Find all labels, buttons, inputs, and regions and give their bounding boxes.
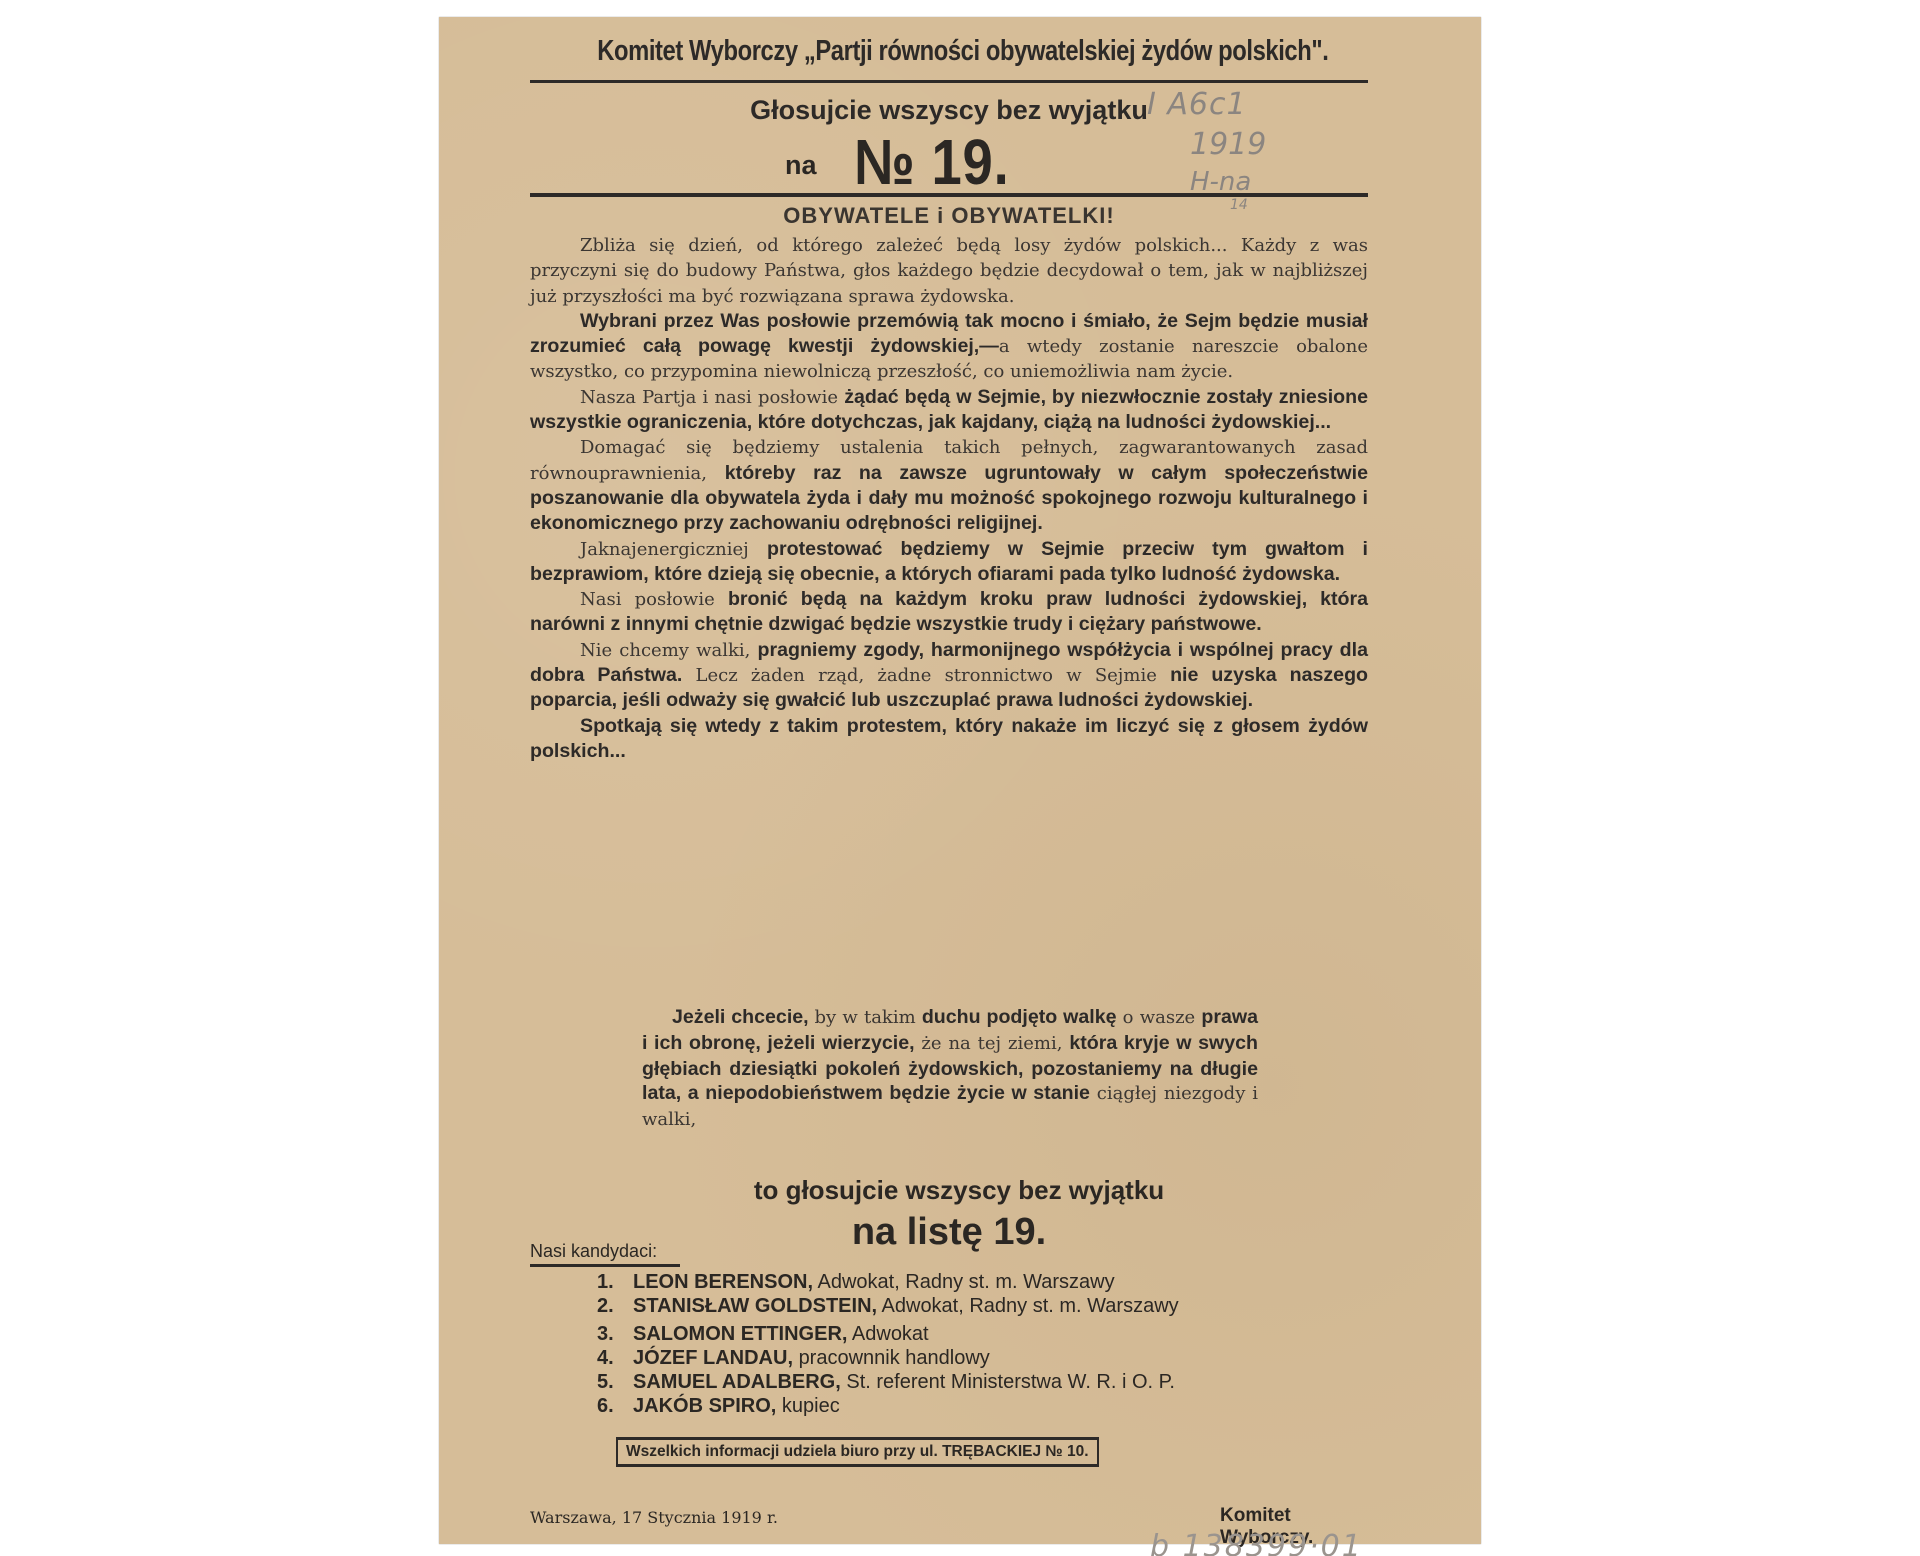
candidate-item: 6.JAKÓB SPIRO, kupiec [597,1394,1297,1418]
catalog-year-annotation: 1919 [1190,127,1266,162]
poster-sheet: Komitet Wyborczy „Partji równości obywat… [439,17,1481,1544]
header-rule [530,80,1368,83]
candidate-name: JÓZEF LANDAU, [633,1347,793,1369]
candidate-index: 2. [597,1294,633,1318]
candidate-item: 3.SALOMON ETTINGER, Adwokat [597,1322,1297,1346]
candidates-underline [530,1264,680,1267]
inventory-number-annotation: b 138399·01 [1150,1529,1363,1556]
header-title: Komitet Wyborczy „Partji równości obywat… [597,35,1301,68]
paragraph-7: Nie chcemy walki, pragniemy zgody, harmo… [530,638,1368,714]
na-label: na [785,150,817,181]
paragraph-5: Jaknajenergiczniej protestować będziemy … [530,537,1368,588]
catalog-code-annotation: H-na [1190,167,1251,197]
place-date: Warszawa, 17 Stycznia 1919 r. [530,1508,778,1527]
candidate-item: 1.LEON BERENSON, Adwokat, Radny st. m. W… [597,1270,1297,1294]
paragraph-3: Nasza Partja i nasi posłowie żądać będą … [530,385,1368,436]
catalog-page-annotation: 14 [1230,197,1248,213]
candidate-name: SALOMON ETTINGER, [633,1323,847,1345]
candidate-role: St. referent Ministerstwa W. R. i O. P. [846,1371,1175,1393]
candidate-role: Adwokat, Radny st. m. Warszawy [882,1295,1179,1317]
candidate-name: SAMUEL ADALBERG, [633,1371,841,1393]
conditional-paragraph: Jeżeli chcecie, by w takim duchu podjęto… [642,1005,1258,1133]
body-text: Zbliża się dzień, od którego zależeć będ… [530,233,1368,764]
vote-call: to głosujcie wszyscy bez wyjątku [540,1175,1378,1206]
paragraph-1: Zbliża się dzień, od którego zależeć będ… [530,233,1368,309]
candidate-item: 5.SAMUEL ADALBERG, St. referent Minister… [597,1370,1297,1394]
candidate-name: JAKÓB SPIRO, [633,1395,776,1417]
candidate-index: 3. [597,1322,633,1346]
candidate-item: 4.JÓZEF LANDAU, pracownnik handlowy [597,1346,1297,1370]
paragraph-2: Wybrani przez Was posłowie przemówią tak… [530,309,1368,385]
candidate-index: 5. [597,1370,633,1394]
paragraph-8: Spotkają się wtedy z takim protestem, kt… [530,714,1368,765]
catalog-annotation: I A6c1 [1147,87,1247,122]
candidate-role: Adwokat, Radny st. m. Warszawy [817,1271,1114,1293]
candidate-index: 1. [597,1270,633,1294]
candidates-label: Nasi kandydaci: [530,1241,657,1262]
candidate-name: STANISŁAW GOLDSTEIN, [633,1295,877,1317]
paragraph-4: Domagać się będziemy ustalenia takich pe… [530,435,1368,536]
candidate-role: kupiec [782,1395,840,1417]
candidate-role: Adwokat [852,1323,929,1345]
candidate-role: pracownnik handlowy [799,1347,990,1369]
candidate-name: LEON BERENSON, [633,1271,813,1293]
candidates-list: 1.LEON BERENSON, Adwokat, Radny st. m. W… [597,1270,1297,1418]
candidate-index: 4. [597,1346,633,1370]
info-box: Wszelkich informacji udziela biuro przy … [616,1437,1099,1467]
candidate-item: 2.STANISŁAW GOLDSTEIN, Adwokat, Radny st… [597,1294,1297,1318]
poster-content: Komitet Wyborczy „Partji równości obywat… [530,17,1368,1544]
candidate-index: 6. [597,1394,633,1418]
paragraph-6: Nasi posłowie bronić będą na każdym krok… [530,587,1368,638]
list-number: № 19. [854,125,1010,199]
